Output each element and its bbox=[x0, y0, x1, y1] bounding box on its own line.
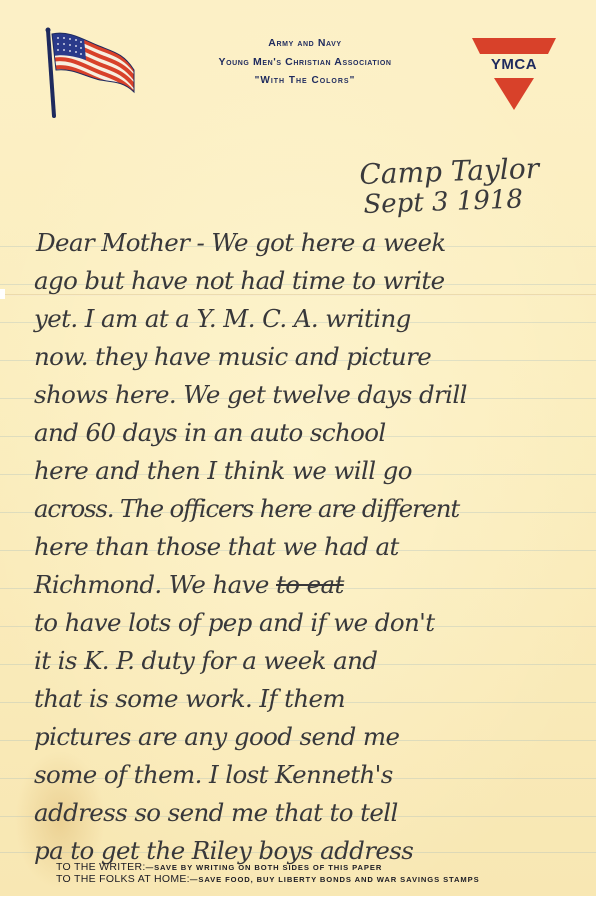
struck-word: to eat bbox=[276, 570, 344, 599]
ymca-logo-text: YMCA bbox=[470, 56, 558, 73]
letter-line: and 60 days in an auto school bbox=[34, 418, 386, 447]
footer-home-lead: TO THE FOLKS AT HOME: bbox=[56, 873, 190, 885]
footer-writer-row: TO THE WRITER:—SAVE BY WRITING ON BOTH S… bbox=[56, 860, 480, 872]
fold-notch bbox=[0, 289, 5, 299]
letter-line: ago but have not had time to write bbox=[34, 266, 445, 295]
letter-line: across. The officers here are different bbox=[34, 494, 459, 523]
letter-line: shows here. We get twelve days drill bbox=[34, 380, 467, 409]
letterhead-line-ymca: Young Men's Christian Association bbox=[150, 55, 460, 69]
footer-home-text: —SAVE FOOD, BUY LIBERTY BONDS AND WAR SA… bbox=[190, 875, 480, 884]
letterhead: Army and Navy Young Men's Christian Asso… bbox=[150, 36, 460, 88]
footer-home-row: TO THE FOLKS AT HOME:—SAVE FOOD, BUY LIB… bbox=[56, 872, 480, 884]
letter-line: yet. I am at a Y. M. C. A. writing bbox=[34, 304, 411, 333]
letter-line: address so send me that to tell bbox=[34, 798, 398, 827]
letter-page: Army and Navy Young Men's Christian Asso… bbox=[0, 0, 596, 896]
letter-line-with-strike: Richmond. We have to eat bbox=[34, 570, 344, 599]
letter-line: here than those that we had at bbox=[34, 532, 399, 561]
letter-line: to have lots of pep and if we don't bbox=[34, 608, 435, 637]
letterhead-line-motto: "With The Colors" bbox=[150, 74, 460, 88]
letterhead-line-army-navy: Army and Navy bbox=[150, 36, 460, 50]
letter-line: it is K. P. duty for a week and bbox=[34, 646, 377, 675]
footer-notice: TO THE WRITER:—SAVE BY WRITING ON BOTH S… bbox=[56, 860, 480, 884]
letter-line: pictures are any good send me bbox=[34, 722, 399, 751]
american-flag-icon bbox=[44, 26, 136, 122]
letter-line: Dear Mother - We got here a week bbox=[36, 228, 446, 257]
letter-line: that is some work. If them bbox=[34, 684, 345, 713]
ymca-triangle-icon bbox=[470, 36, 558, 112]
letter-line: some of them. I lost Kenneth's bbox=[34, 760, 393, 789]
letter-line: Richmond. We have bbox=[34, 570, 269, 599]
letter-line: now. they have music and picture bbox=[34, 342, 431, 371]
letter-date: Sept 3 1918 bbox=[363, 184, 523, 220]
letter-line: here and then I think we will go bbox=[34, 456, 412, 485]
footer-writer-text: —SAVE BY WRITING ON BOTH SIDES OF THIS P… bbox=[146, 863, 383, 872]
